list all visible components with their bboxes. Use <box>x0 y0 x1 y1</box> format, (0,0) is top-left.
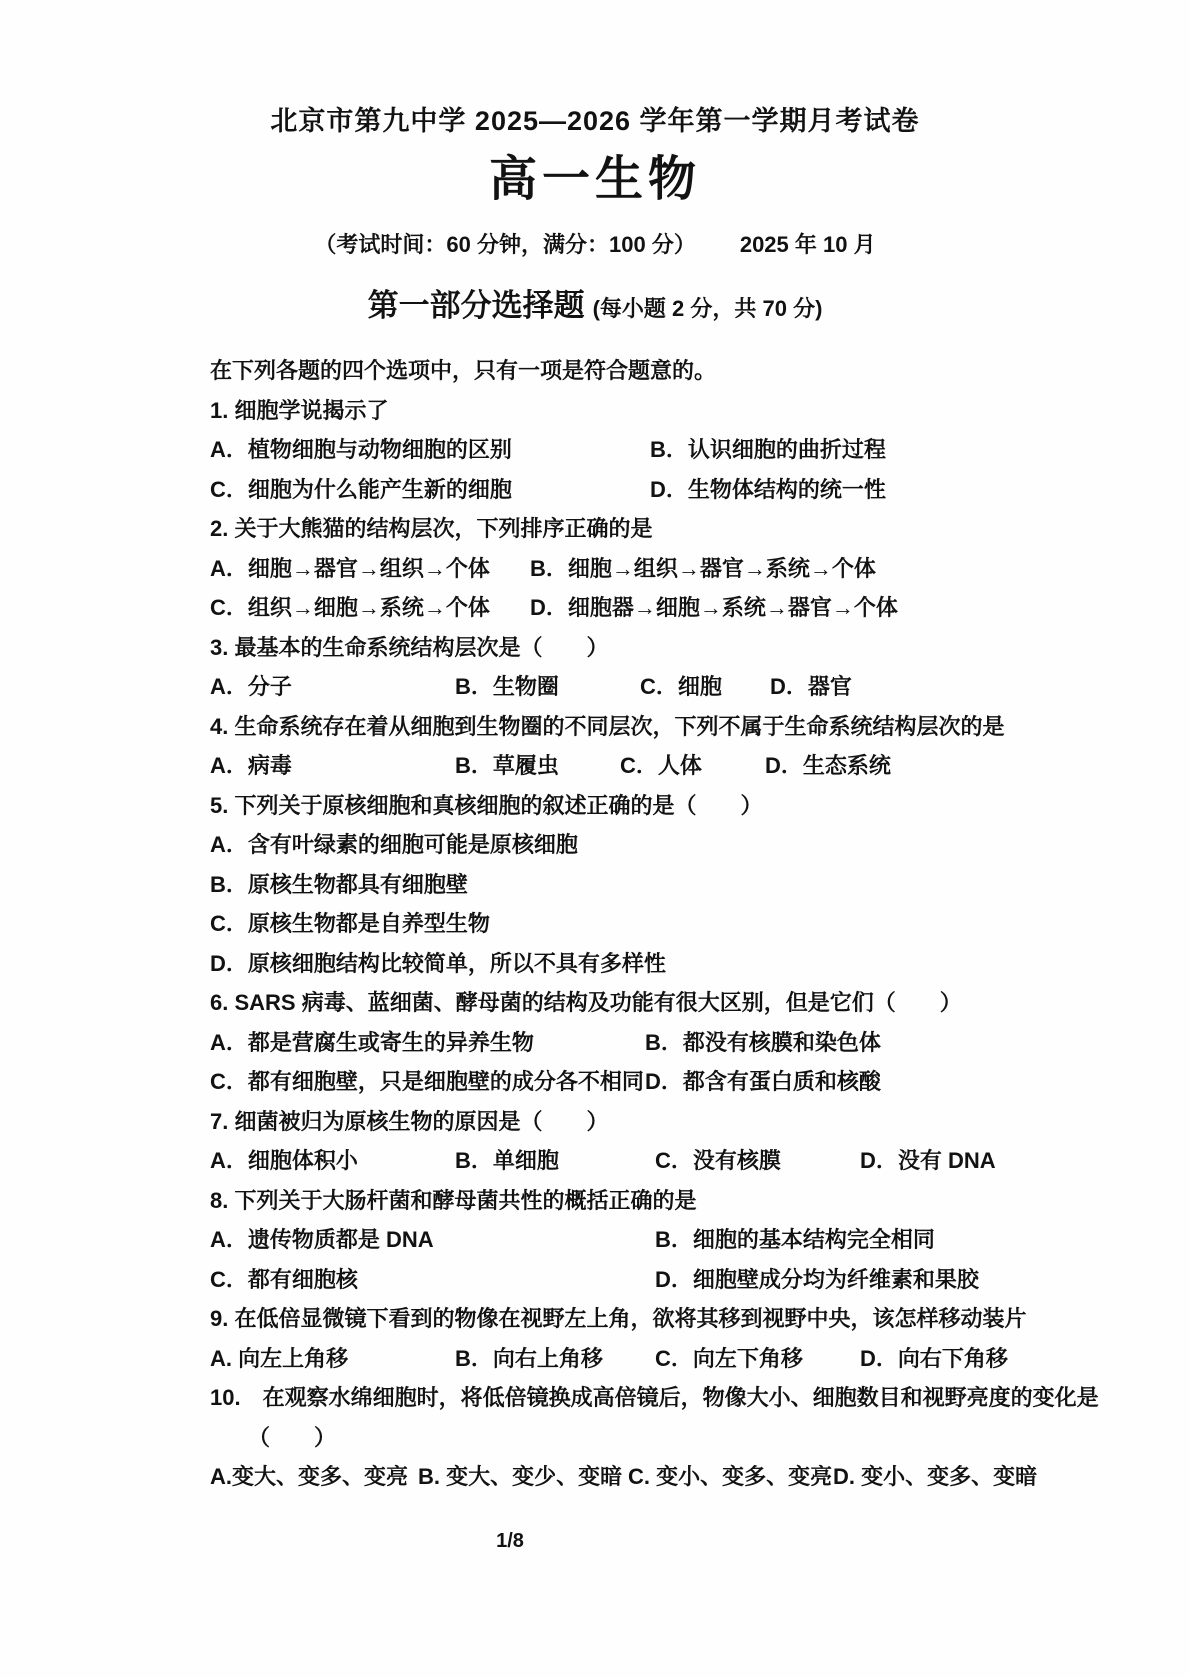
section-heading: 第一部分选择题(每小题 2 分，共 70 分) <box>0 285 1190 333</box>
option: B．单细胞 <box>455 1141 655 1181</box>
question-3: 3. 最基本的生命系统结构层次是（ ）A．分子B．生物圈C．细胞D．器官 <box>210 628 1070 707</box>
option: D．器官 <box>770 667 852 707</box>
question-6: 6. SARS 病毒、蓝细菌、酵母菌的结构及功能有很大区别，但是它们（ ）A．都… <box>210 983 1070 1102</box>
option: B．原核生物都具有细胞壁 <box>210 865 468 905</box>
stem-text: 1. 细胞学说揭示了 <box>210 391 388 431</box>
option: B．生物圈 <box>455 667 640 707</box>
option-row: A．植物细胞与动物细胞的区别B．认识细胞的曲折过程 <box>210 430 1070 470</box>
stem-text: 6. SARS 病毒、蓝细菌、酵母菌的结构及功能有很大区别，但是它们（ ） <box>210 983 962 1023</box>
stem-text: 4. 生命系统存在着从细胞到生物圈的不同层次，下列不属于生命系统结构层次的是 <box>210 707 1004 747</box>
option: B．认识细胞的曲折过程 <box>650 430 886 470</box>
exam-info: （考试时间：60 分钟，满分：100 分） <box>314 232 695 257</box>
option: A．遗传物质都是 DNA <box>210 1220 655 1260</box>
stem-text: （ ） <box>248 1418 336 1458</box>
option: A．分子 <box>210 667 455 707</box>
option: D．生态系统 <box>765 746 891 786</box>
question-stem: 8. 下列关于大肠杆菌和酵母菌共性的概括正确的是 <box>210 1181 1070 1221</box>
option: C．细胞为什么能产生新的细胞 <box>210 470 650 510</box>
option-row: A．遗传物质都是 DNAB．细胞的基本结构完全相同 <box>210 1220 1070 1260</box>
question-10: 10. 在观察水绵细胞时，将低倍镜换成高倍镜后，物像大小、细胞数目和视野亮度的变… <box>210 1378 1070 1497</box>
option-row: C．原核生物都是自养型生物 <box>210 904 1070 944</box>
option: A. 向左上角移 <box>210 1339 455 1379</box>
exam-title: 高一生物 <box>0 152 1190 208</box>
instruction-line: 在下列各题的四个选项中，只有一项是符合题意的。 <box>210 351 1070 391</box>
option: D．生物体结构的统一性 <box>650 470 886 510</box>
option-row: A．含有叶绿素的细胞可能是原核细胞 <box>210 825 1070 865</box>
question-stem: 2. 关于大熊猫的结构层次，下列排序正确的是 <box>210 509 1070 549</box>
question-9: 9. 在低倍显微镜下看到的物像在视野左上角，欲将其移到视野中央，该怎样移动装片A… <box>210 1299 1070 1378</box>
option: D．没有 DNA <box>860 1141 996 1181</box>
option: C．组织→细胞→系统→个体 <box>210 588 530 628</box>
question-stem: 7. 细菌被归为原核生物的原因是（ ） <box>210 1102 1070 1142</box>
exam-meta-line: （考试时间：60 分钟，满分：100 分）2025 年 10 月 <box>0 230 1190 260</box>
option: B．都没有核膜和染色体 <box>645 1023 881 1063</box>
question-stem: 9. 在低倍显微镜下看到的物像在视野左上角，欲将其移到视野中央，该怎样移动装片 <box>210 1299 1070 1339</box>
option: D．向右下角移 <box>860 1339 1008 1379</box>
option-row: C．细胞为什么能产生新的细胞D．生物体结构的统一性 <box>210 470 1070 510</box>
option-row: A．分子B．生物圈C．细胞D．器官 <box>210 667 1070 707</box>
stem-text: 2. 关于大熊猫的结构层次，下列排序正确的是 <box>210 509 652 549</box>
exam-date: 2025 年 10 月 <box>740 232 876 257</box>
question-1: 1. 细胞学说揭示了A．植物细胞与动物细胞的区别B．认识细胞的曲折过程C．细胞为… <box>210 391 1070 510</box>
question-4: 4. 生命系统存在着从细胞到生物圈的不同层次，下列不属于生命系统结构层次的是A．… <box>210 707 1070 786</box>
option: C．没有核膜 <box>655 1141 860 1181</box>
option: D．细胞壁成分均为纤维素和果胶 <box>655 1260 979 1300</box>
option: C．都有细胞核 <box>210 1260 655 1300</box>
option: D．细胞器→细胞→系统→器官→个体 <box>530 588 898 628</box>
section-note: (每小题 2 分，共 70 分) <box>593 296 823 321</box>
option: D．都含有蛋白质和核酸 <box>645 1062 881 1102</box>
option-row: C．组织→细胞→系统→个体D．细胞器→细胞→系统→器官→个体 <box>210 588 1070 628</box>
option: A．植物细胞与动物细胞的区别 <box>210 430 650 470</box>
option: D. 变小、变多、变暗 <box>833 1457 1037 1497</box>
stem-text: 9. 在低倍显微镜下看到的物像在视野左上角，欲将其移到视野中央，该怎样移动装片 <box>210 1299 1026 1339</box>
option: A．细胞体积小 <box>210 1141 455 1181</box>
stem-text: 3. 最基本的生命系统结构层次是（ ） <box>210 628 608 668</box>
question-stem: （ ） <box>210 1418 1070 1458</box>
stem-text: 7. 细菌被归为原核生物的原因是（ ） <box>210 1102 608 1142</box>
school-exam-line: 北京市第九中学 2025—2026 学年第一学期月考试卷 <box>0 99 1190 138</box>
option-row: A．都是营腐生或寄生的异养生物B．都没有核膜和染色体 <box>210 1023 1070 1063</box>
exam-paper-page: 北京市第九中学 2025—2026 学年第一学期月考试卷 高一生物 （考试时间：… <box>0 0 1190 1678</box>
option: A．含有叶绿素的细胞可能是原核细胞 <box>210 825 578 865</box>
questions-list: 1. 细胞学说揭示了A．植物细胞与动物细胞的区别B．认识细胞的曲折过程C．细胞为… <box>210 391 1070 1497</box>
option: C．人体 <box>620 746 765 786</box>
option-row: A．病毒B．草履虫C．人体D．生态系统 <box>210 746 1070 786</box>
section-title: 第一部分选择题 <box>368 288 585 323</box>
option: D．原核细胞结构比较简单，所以不具有多样性 <box>210 944 666 984</box>
question-stem: 4. 生命系统存在着从细胞到生物圈的不同层次，下列不属于生命系统结构层次的是 <box>210 707 1070 747</box>
question-stem: 6. SARS 病毒、蓝细菌、酵母菌的结构及功能有很大区别，但是它们（ ） <box>210 983 1070 1023</box>
question-stem: 10. 在观察水绵细胞时，将低倍镜换成高倍镜后，物像大小、细胞数目和视野亮度的变… <box>210 1378 1070 1418</box>
paper-header: 北京市第九中学 2025—2026 学年第一学期月考试卷 高一生物 （考试时间：… <box>0 0 1190 333</box>
option: C．都有细胞壁，只是细胞壁的成分各不相同 <box>210 1062 645 1102</box>
option-row: B．原核生物都具有细胞壁 <box>210 865 1070 905</box>
option: A．都是营腐生或寄生的异养生物 <box>210 1023 645 1063</box>
page-number: 1/8 <box>0 1530 1020 1553</box>
question-5: 5. 下列关于原核细胞和真核细胞的叙述正确的是（ ）A．含有叶绿素的细胞可能是原… <box>210 786 1070 984</box>
option: C．细胞 <box>640 667 770 707</box>
option-row: C．都有细胞核D．细胞壁成分均为纤维素和果胶 <box>210 1260 1070 1300</box>
option: C．原核生物都是自养型生物 <box>210 904 490 944</box>
option: A.变大、变多、变亮 <box>210 1457 418 1497</box>
option: B．草履虫 <box>455 746 620 786</box>
question-7: 7. 细菌被归为原核生物的原因是（ ）A．细胞体积小B．单细胞C．没有核膜D．没… <box>210 1102 1070 1181</box>
stem-text: 5. 下列关于原核细胞和真核细胞的叙述正确的是（ ） <box>210 786 762 826</box>
question-8: 8. 下列关于大肠杆菌和酵母菌共性的概括正确的是A．遗传物质都是 DNAB．细胞… <box>210 1181 1070 1300</box>
stem-text: 10. 在观察水绵细胞时，将低倍镜换成高倍镜后，物像大小、细胞数目和视野亮度的变… <box>210 1378 1099 1418</box>
option-row: A. 向左上角移B．向右上角移C．向左下角移D．向右下角移 <box>210 1339 1070 1379</box>
option-row: C．都有细胞壁，只是细胞壁的成分各不相同D．都含有蛋白质和核酸 <box>210 1062 1070 1102</box>
option: B. 变大、变少、变暗 <box>418 1457 628 1497</box>
question-2: 2. 关于大熊猫的结构层次，下列排序正确的是A．细胞→器官→组织→个体B．细胞→… <box>210 509 1070 628</box>
option-row: A．细胞→器官→组织→个体B．细胞→组织→器官→系统→个体 <box>210 549 1070 589</box>
option-row: D．原核细胞结构比较简单，所以不具有多样性 <box>210 944 1070 984</box>
option-row: A.变大、变多、变亮B. 变大、变少、变暗C. 变小、变多、变亮D. 变小、变多… <box>210 1457 1070 1497</box>
option-row: A．细胞体积小B．单细胞C．没有核膜D．没有 DNA <box>210 1141 1070 1181</box>
stem-text: 8. 下列关于大肠杆菌和酵母菌共性的概括正确的是 <box>210 1181 696 1221</box>
option: C．向左下角移 <box>655 1339 860 1379</box>
option: B．向右上角移 <box>455 1339 655 1379</box>
option: A．细胞→器官→组织→个体 <box>210 549 530 589</box>
option: C. 变小、变多、变亮 <box>628 1457 833 1497</box>
option: B．细胞的基本结构完全相同 <box>655 1220 935 1260</box>
option: B．细胞→组织→器官→系统→个体 <box>530 549 876 589</box>
question-stem: 1. 细胞学说揭示了 <box>210 391 1070 431</box>
question-stem: 3. 最基本的生命系统结构层次是（ ） <box>210 628 1070 668</box>
questions-area: 在下列各题的四个选项中，只有一项是符合题意的。 1. 细胞学说揭示了A．植物细胞… <box>210 351 1070 1497</box>
option: A．病毒 <box>210 746 455 786</box>
question-stem: 5. 下列关于原核细胞和真核细胞的叙述正确的是（ ） <box>210 786 1070 826</box>
